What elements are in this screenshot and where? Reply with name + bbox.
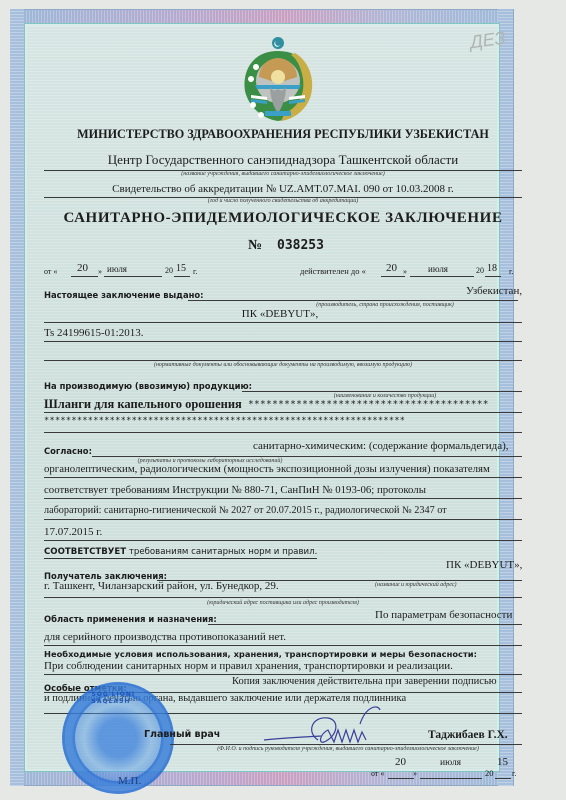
- scope-label: Область применения и назначения:: [44, 614, 217, 624]
- issued-to-country: Узбекистан,: [466, 285, 522, 297]
- ministry-title: МИНИСТЕРСТВО ЗДРАВООХРАНЕНИЯ РЕСПУБЛИКИ …: [77, 127, 489, 142]
- frame-left: [10, 9, 24, 786]
- valid-day: 20: [386, 262, 397, 274]
- signature-day: 20: [395, 756, 406, 768]
- issued-to-company: ПК «DEBYUT»,: [242, 308, 318, 320]
- conditions-label: Необходимые условия использования, хране…: [44, 649, 477, 659]
- valid-year: 18: [487, 263, 497, 274]
- state-emblem-icon: [237, 33, 319, 125]
- issued-to-label: Настоящее заключение выдано:: [44, 290, 203, 300]
- frame-right: [498, 9, 513, 786]
- stamp-place-label: М.П.: [118, 775, 141, 787]
- valid-month: июля: [428, 264, 448, 274]
- signature-year: 15: [497, 756, 508, 768]
- issue-day: 20: [77, 262, 88, 274]
- issue-year: 15: [176, 263, 186, 274]
- signature-month: июля: [440, 758, 461, 768]
- product-standard: Ts 24199615-01:2013.: [44, 327, 143, 339]
- institution-caption: (название учреждения, выдавшего санитарн…: [181, 171, 384, 177]
- document-title: САНИТАРНО-ЭПИДЕМИОЛОГИЧЕСКОЕ ЗАКЛЮЧЕНИЕ: [63, 210, 502, 227]
- signatory-name: Таджибаев Г.Х.: [428, 729, 508, 741]
- product-name: Шланги для капельного орошения: [44, 397, 242, 412]
- recipient-name: ПК «DEBYUT»,: [446, 559, 522, 571]
- institution-name: Центр Государственного санэпиднадзора Та…: [108, 152, 458, 168]
- conditions-text: При соблюдении санитарных норм и правил …: [44, 660, 453, 672]
- certificate-number: 038253: [277, 238, 324, 253]
- signature-role: Главный врач: [144, 729, 220, 740]
- conformity-statement: СООТВЕТСТВУЕТ требованиям санитарных нор…: [44, 547, 317, 559]
- issue-month: июля: [107, 264, 127, 274]
- according-label: Согласно:: [44, 446, 92, 456]
- recipient-address: г. Ташкент, Чиланзарский район, ул. Буне…: [44, 580, 279, 592]
- product-label: На производимую (ввозимую) продукцию:: [44, 381, 252, 391]
- accreditation-caption: (год и число полученного свидетельства о…: [208, 198, 359, 204]
- number-label: №: [248, 238, 262, 254]
- accreditation: Свидетельство об аккредитации № UZ.AMT.0…: [112, 183, 454, 195]
